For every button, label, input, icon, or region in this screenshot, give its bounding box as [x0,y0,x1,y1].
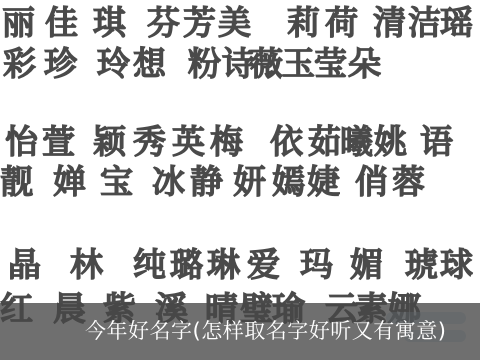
name-char: 曦 [340,124,373,160]
name-char: 婕 [307,164,340,200]
name-char: 琥 [405,247,438,283]
name-char: 冰 [152,164,185,200]
name-char: 蓉 [392,164,425,200]
name-char: 美 [218,5,251,41]
name-char: 朵 [348,46,381,82]
name-char: 芳 [183,5,216,41]
name-char: 玉 [282,46,315,82]
name-char: 秀 [133,124,166,160]
name-char: 依 [270,124,303,160]
name-char: 婵 [53,164,86,200]
name-char: 梅 [210,124,243,160]
name-char: 俏 [355,164,388,200]
name-char: 莹 [314,46,347,82]
name-row: 怡萱颖秀英梅依茹曦姚语 [0,124,480,162]
name-char: 爱 [247,247,280,283]
name-char: 清 [373,5,406,41]
name-char: 英 [172,124,205,160]
name-char: 晶 [8,247,41,283]
name-char: 纯 [133,247,166,283]
name-char: 静 [190,164,223,200]
name-char: 嫣 [272,164,305,200]
name-char: 宝 [100,164,133,200]
name-char: 芬 [147,5,180,41]
name-char: 瑶 [440,5,473,41]
caption-bar: 今年好名字(怎样取名字好听又有寓意) [0,303,480,360]
name-char: 粉 [188,46,221,82]
name-char: 球 [440,247,473,283]
name-row: 丽佳琪芬芳美莉荷清洁瑶 [0,5,480,43]
name-char: 琪 [93,5,126,41]
name-char: 颖 [93,124,126,160]
name-char: 丽 [2,5,35,41]
name-char: 彩 [3,46,36,82]
name-char: 林 [70,247,103,283]
name-char: 玲 [97,46,130,82]
name-char: 妍 [233,164,266,200]
name-char: 荷 [325,5,358,41]
name-char: 姚 [374,124,407,160]
caption-text: 今年好名字(怎样取名字好听又有寓意) [85,317,446,345]
name-char: 洁 [408,5,441,41]
names-image: 丽佳琪芬芳美莉荷清洁瑶彩珍玲想粉诗薇玉莹朵怡萱颖秀英梅依茹曦姚语靓婵宝冰静妍嫣婕… [0,0,480,360]
name-row: 晶林纯璐琳爱玛媚琥球 [0,247,480,285]
name-char: 佳 [45,5,78,41]
name-char: 想 [133,46,166,82]
name-row: 彩珍玲想粉诗薇玉莹朵 [0,46,480,84]
name-char: 薇 [250,46,283,82]
name-char: 萱 [42,124,75,160]
name-char: 语 [420,124,453,160]
name-row: 靓婵宝冰静妍嫣婕俏蓉 [0,164,480,202]
name-char: 璐 [170,247,203,283]
name-char: 茹 [308,124,341,160]
name-char: 媚 [350,247,383,283]
name-char: 怡 [5,124,38,160]
name-char: 靓 [0,164,33,200]
name-char: 玛 [300,247,333,283]
name-char: 珍 [44,46,77,82]
name-char: 琳 [207,247,240,283]
name-char: 莉 [287,5,320,41]
